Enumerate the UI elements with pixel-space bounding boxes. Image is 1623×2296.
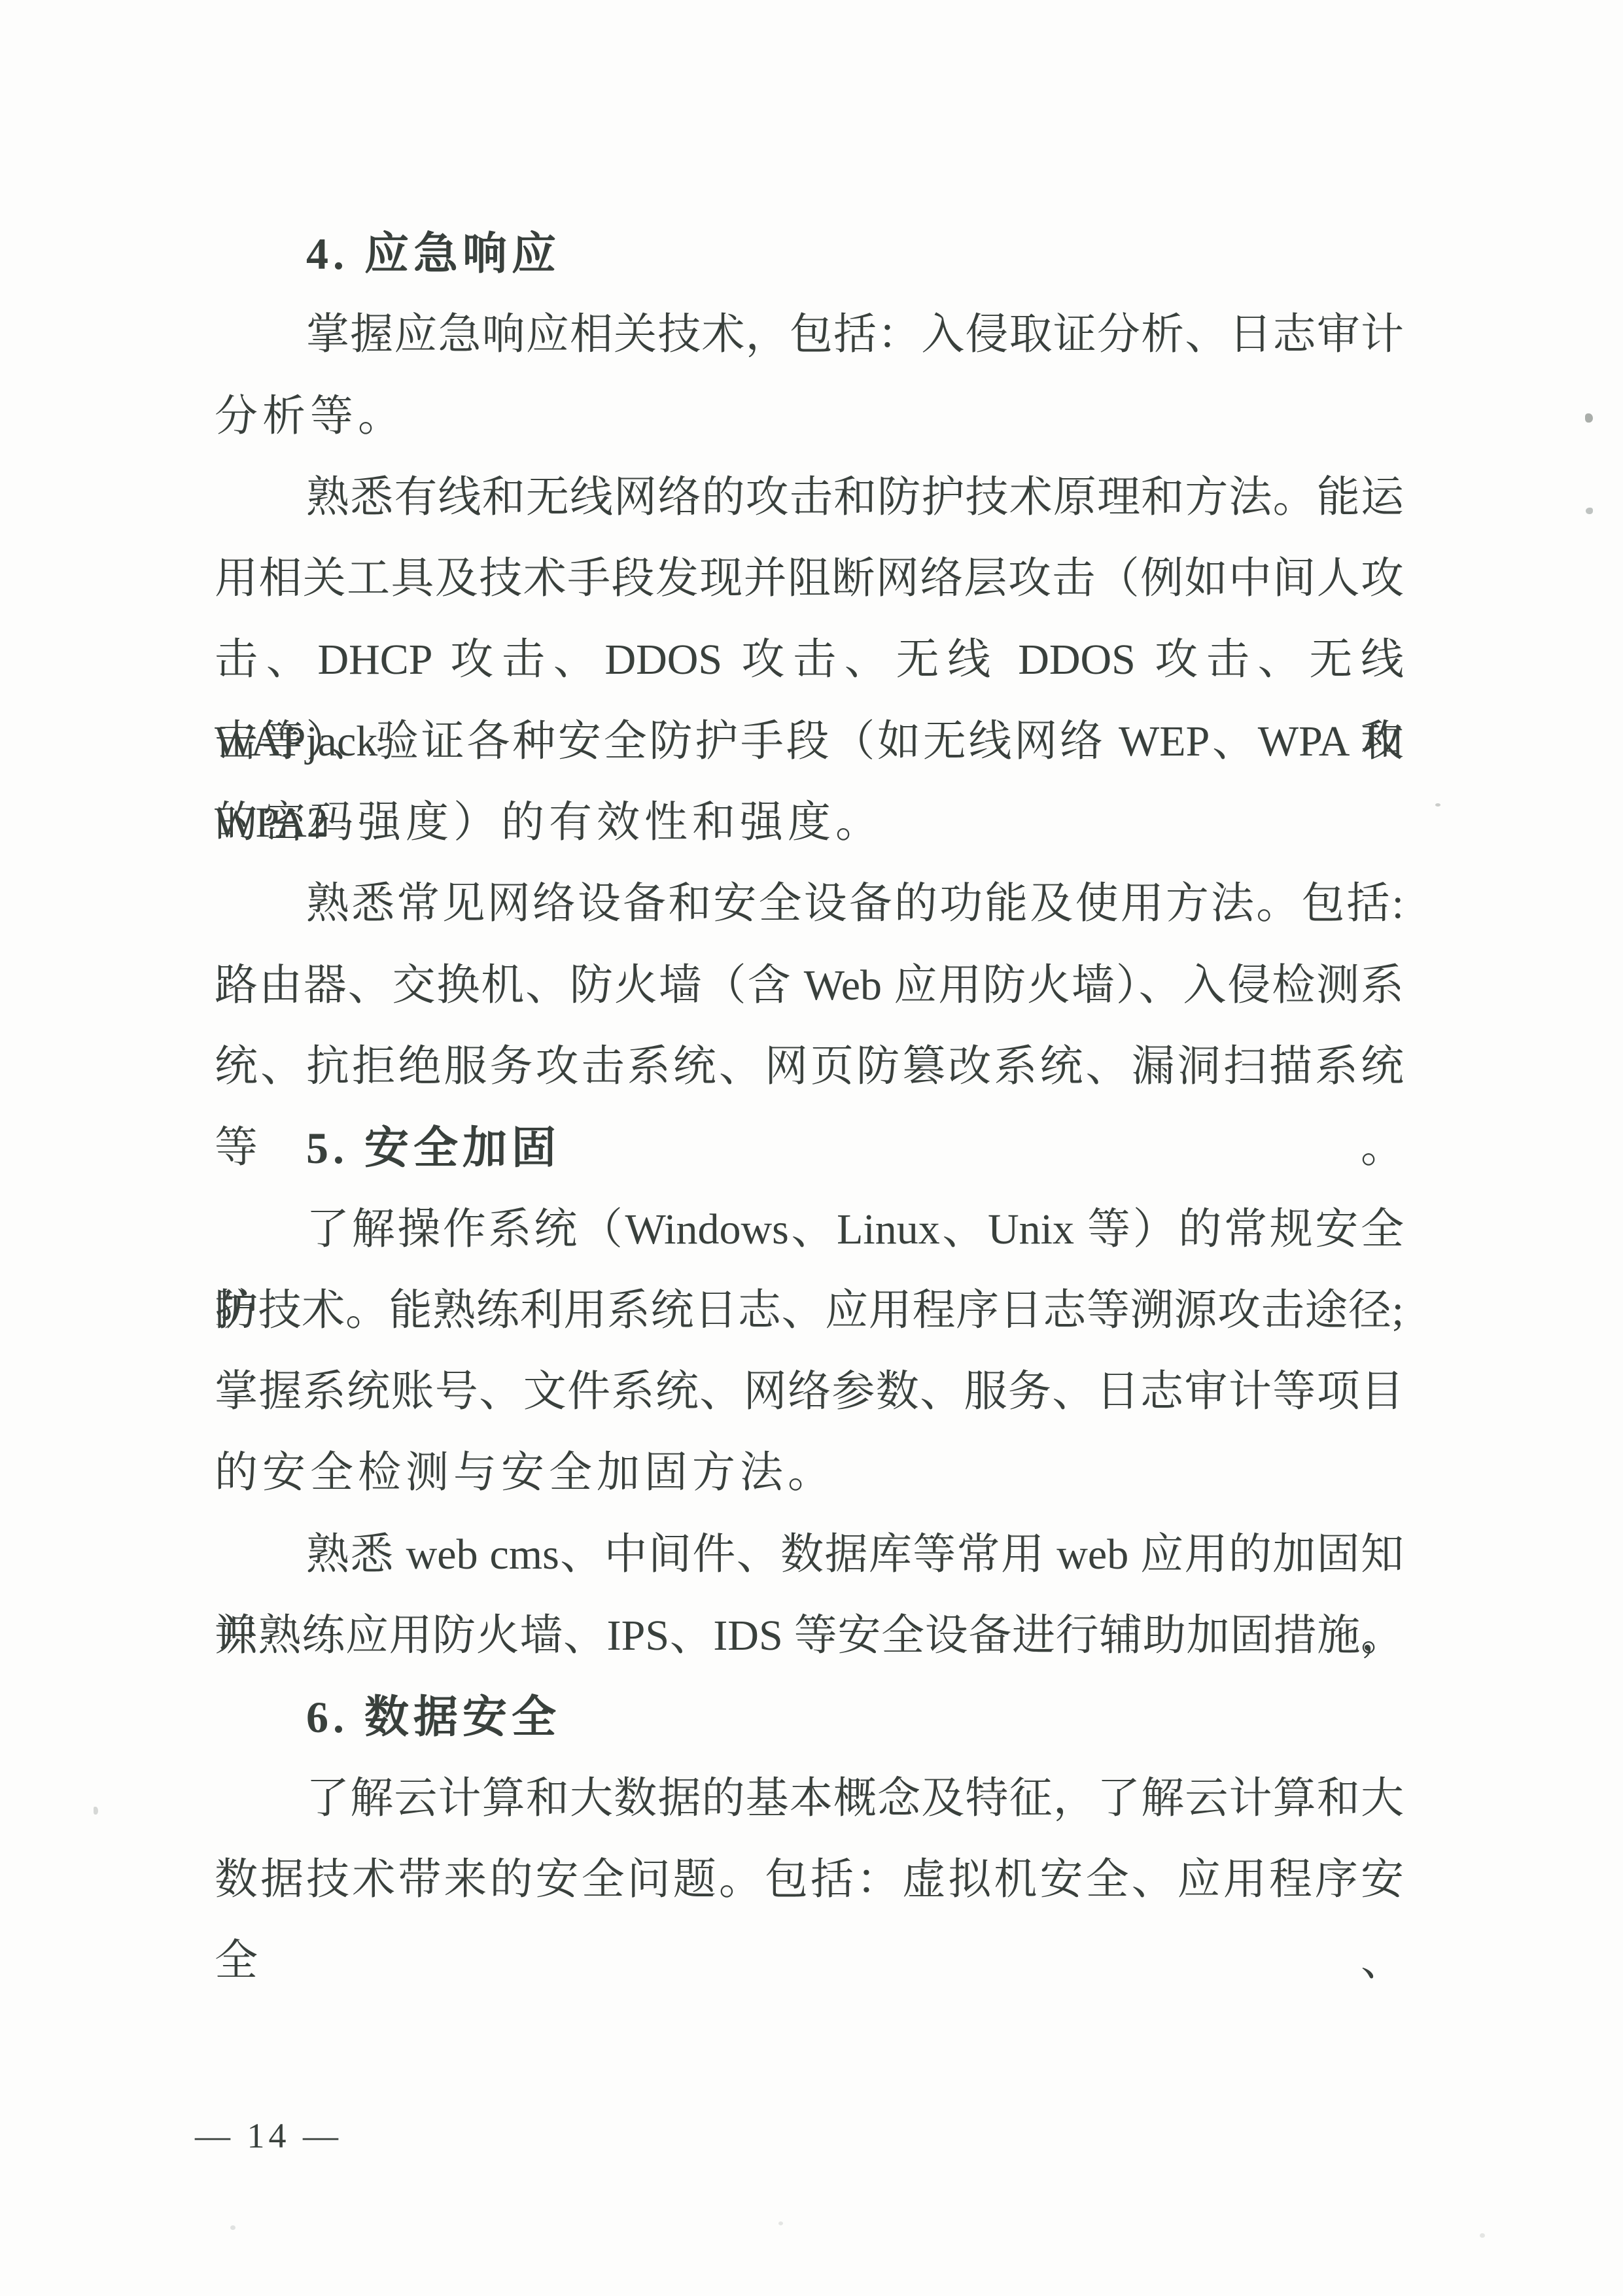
section-heading: 6. 数据安全 xyxy=(215,1677,1404,1758)
scan-speck xyxy=(1585,413,1593,423)
text-line: 熟悉常见网络设备和安全设备的功能及使用方法。包括: xyxy=(215,863,1404,945)
text-line: 了解操作系统（Windows、Linux、Unix 等）的常规安全防 xyxy=(215,1189,1404,1270)
text-line: 掌握应急响应相关技术，包括：入侵取证分析、日志审计 xyxy=(215,294,1404,375)
text-line: 分析等。 xyxy=(215,376,1404,457)
text-line: 熟悉有线和无线网络的攻击和防护技术原理和方法。能运 xyxy=(215,457,1404,538)
scan-speck xyxy=(94,1807,98,1815)
text-line: 击、DHCP 攻击、DDOS 攻击、无线 DDOS 攻击、无线 WAPjack … xyxy=(215,619,1404,701)
scan-speck xyxy=(1586,508,1593,514)
scan-speck xyxy=(1480,2233,1485,2238)
scan-speck xyxy=(230,2225,236,2230)
text-line: 的密码强度）的有效性和强度。 xyxy=(215,782,1404,863)
text-line: 护技术。能熟练利用系统日志、应用程序日志等溯源攻击途径; xyxy=(215,1270,1404,1351)
scan-speck xyxy=(1435,803,1440,807)
text-line: 并熟练应用防火墙、IPS、IDS 等安全设备进行辅助加固措施。 xyxy=(215,1595,1404,1677)
document-body: 4. 应急响应掌握应急响应相关技术，包括：入侵取证分析、日志审计分析等。熟悉有线… xyxy=(215,213,1404,1921)
text-line: 击等）、验证各种安全防护手段（如无线网络 WEP、WPA 和 WPA2 xyxy=(215,701,1404,782)
text-line: 熟悉 web cms、中间件、数据库等常用 web 应用的加固知识， xyxy=(215,1514,1404,1595)
page-number: — 14 — xyxy=(195,2097,342,2174)
scanned-document-page: 4. 应急响应掌握应急响应相关技术，包括：入侵取证分析、日志审计分析等。熟悉有线… xyxy=(0,0,1623,2296)
text-line: 了解云计算和大数据的基本概念及特征，了解云计算和大 xyxy=(215,1758,1404,1839)
text-line: 用相关工具及技术手段发现并阻断网络层攻击（例如中间人攻 xyxy=(215,538,1404,619)
scan-speck xyxy=(778,2221,783,2225)
text-line: 的安全检测与安全加固方法。 xyxy=(215,1433,1404,1514)
text-line: 统、抗拒绝服务攻击系统、网页防篡改系统、漏洞扫描系统等。 xyxy=(215,1026,1404,1107)
section-heading: 4. 应急响应 xyxy=(215,213,1404,294)
text-line: 路由器、交换机、防火墙（含 Web 应用防火墙）、入侵检测系 xyxy=(215,945,1404,1026)
text-line: 数据技术带来的安全问题。包括：虚拟机安全、应用程序安全、 xyxy=(215,1839,1404,1921)
text-line: 掌握系统账号、文件系统、网络参数、服务、日志审计等项目 xyxy=(215,1351,1404,1433)
